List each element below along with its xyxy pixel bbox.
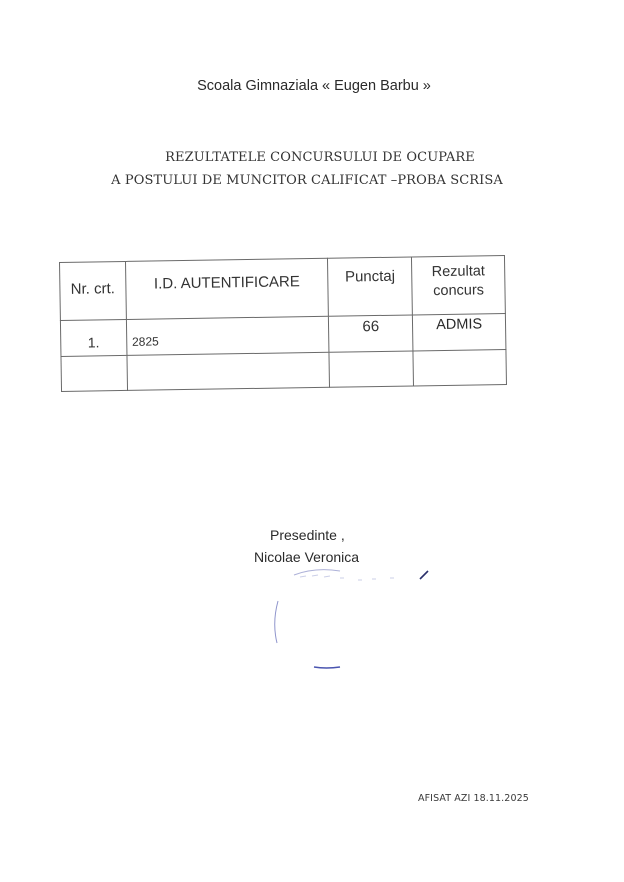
results-table: Nr. crt. I.D. AUTENTIFICARE Punctaj Rezu… [59, 255, 507, 392]
cell-id [127, 352, 330, 390]
document-title-line-2: A POSTULUI DE MUNCITOR CALIFICAT –PROBA … [0, 173, 619, 188]
cell-score: 66 [329, 315, 413, 352]
header-id-autentificare: I.D. AUTENTIFICARE [125, 258, 328, 319]
document-title-line-1: REZULTATELE CONCURSULUI DE OCUPARE [8, 150, 624, 165]
cell-result: ADMIS [413, 313, 506, 350]
header-rezultat-line1: Rezultat [432, 263, 485, 280]
cell-score [329, 351, 413, 387]
header-punctaj: Punctaj [328, 257, 413, 316]
header-nr-crt: Nr. crt. [60, 261, 127, 320]
header-rezultat-concurs: Rezultat concurs [412, 256, 506, 315]
cell-nr: 1. [60, 319, 126, 356]
cell-nr [61, 355, 127, 391]
cell-result [413, 349, 506, 385]
posted-date: AFISAT AZI 18.11.2025 [418, 793, 529, 804]
signature-role: Presedinte , [270, 527, 345, 543]
table-header-row: Nr. crt. I.D. AUTENTIFICARE Punctaj Rezu… [60, 256, 506, 321]
cell-id: 2825 [126, 316, 329, 355]
results-table-container: Nr. crt. I.D. AUTENTIFICARE Punctaj Rezu… [59, 255, 507, 386]
header-rezultat-line2: concurs [433, 282, 484, 299]
table-row [61, 349, 506, 391]
stamp-icon [260, 565, 440, 675]
signature-name: Nicolae Veronica [254, 549, 359, 565]
school-name: Scoala Gimnaziala « Eugen Barbu » [0, 78, 624, 94]
